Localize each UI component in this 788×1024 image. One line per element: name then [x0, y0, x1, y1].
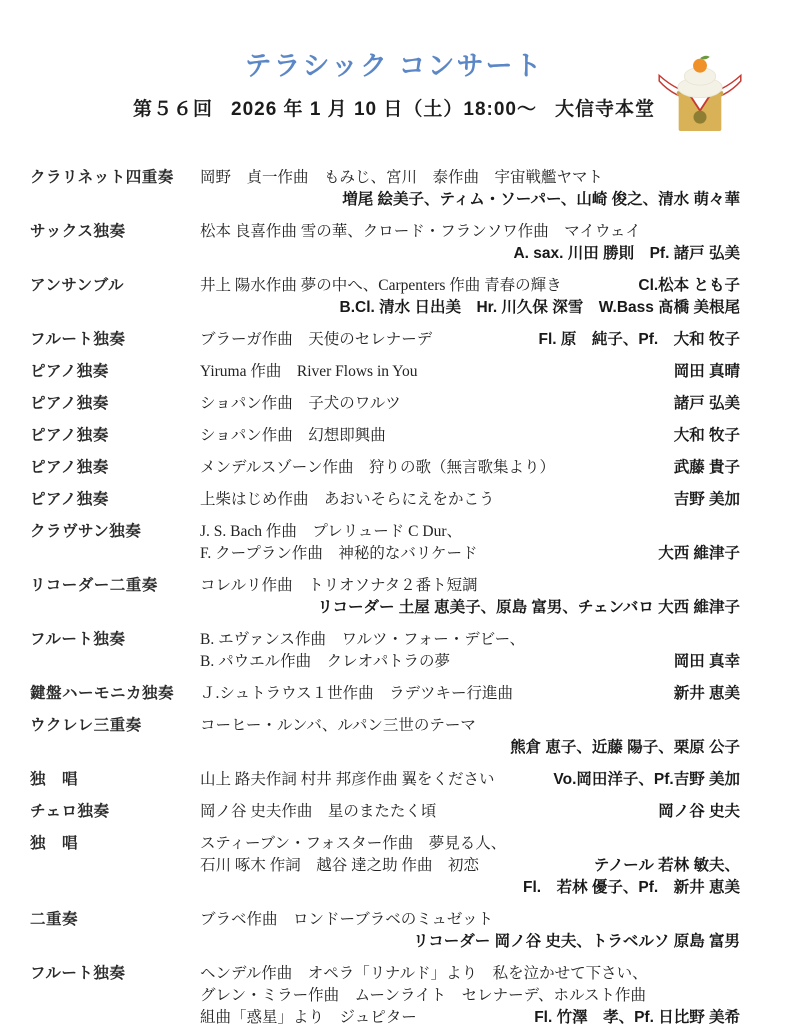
entry-category: 鍵盤ハーモニカ独奏 — [30, 683, 200, 705]
performers: Vo.岡田洋子、Pf.吉野 美加 — [545, 769, 740, 791]
program-entry: フルート独奏 ブラーガ作曲 天使のセレナーデFl. 原 純子、Pf. 大和 牧子 — [30, 329, 740, 351]
entry-lines: 岡ノ谷 史夫作曲 星のまたたく頃岡ノ谷 史夫 — [200, 801, 740, 823]
entry-lines: J. S. Bach 作曲 プレリュード C Dur、F. クープラン作曲 神秘… — [200, 521, 740, 565]
entry-lines: ショパン作曲 幻想即興曲大和 牧子 — [200, 425, 740, 447]
program-line: B. エヴァンス作曲 ワルツ・フォー・デビー、 — [200, 629, 740, 651]
performers: Fl. 原 純子、Pf. 大和 牧子 — [530, 329, 740, 351]
program-line: A. sax. 川田 勝則 Pf. 諸戸 弘美 — [200, 243, 740, 265]
program-line: ヘンデル作曲 オペラ「リナルド」より 私を泣かせて下さい、 — [200, 963, 740, 985]
program-entry: ピアノ独奏 Yiruma 作曲 River Flows in You岡田 真晴 — [30, 361, 740, 383]
song-info: ヘンデル作曲 オペラ「リナルド」より 私を泣かせて下さい、 — [200, 963, 648, 985]
entry-lines: ショパン作曲 子犬のワルツ諸戸 弘美 — [200, 393, 740, 415]
performers: リコーダー 土屋 恵美子、原島 富男、チェンバロ 大西 維津子 — [309, 597, 740, 619]
entry-category: ピアノ独奏 — [30, 425, 200, 447]
song-info: B. パウエル作曲 クレオパトラの夢 — [200, 651, 450, 673]
program-entry: ピアノ独奏 メンデルスゾーン作曲 狩りの歌（無言歌集より）武藤 貴子 — [30, 457, 740, 479]
program-entry: クラリネット四重奏 岡野 貞一作曲 もみじ、宮川 泰作曲 宇宙戦艦ヤマト増尾 絵… — [30, 167, 740, 211]
program-line: 岡ノ谷 史夫作曲 星のまたたく頃岡ノ谷 史夫 — [200, 801, 740, 823]
song-info: 岡野 貞一作曲 もみじ、宮川 泰作曲 宇宙戦艦ヤマト — [200, 167, 603, 189]
program-line: グレン・ミラー作曲 ムーンライト セレナーデ、ホルスト作曲 — [200, 985, 740, 1007]
program-entry: リコーダー二重奏 コレルリ作曲 トリオソナタ２番ト短調リコーダー 土屋 恵美子、… — [30, 575, 740, 619]
entry-lines: Yiruma 作曲 River Flows in You岡田 真晴 — [200, 361, 740, 383]
program-line: Fl. 若林 優子、Pf. 新井 恵美 — [200, 877, 740, 899]
entry-category: チェロ独奏 — [30, 801, 200, 823]
entry-category: 二重奏 — [30, 909, 200, 953]
program-line: 上柴はじめ作曲 あおいそらにえをかこう吉野 美加 — [200, 489, 740, 511]
performers: 岡田 真幸 — [666, 651, 740, 673]
performers: 吉野 美加 — [666, 489, 740, 511]
performers: Cl.松本 とも子 — [630, 275, 740, 297]
performers: 新井 恵美 — [666, 683, 740, 705]
performers: 諸戸 弘美 — [666, 393, 740, 415]
program-line: リコーダー 岡ノ谷 史夫、トラベルソ 原島 富男 — [200, 931, 740, 953]
entry-category: ピアノ独奏 — [30, 457, 200, 479]
program-entry: ピアノ独奏 ショパン作曲 幻想即興曲大和 牧子 — [30, 425, 740, 447]
song-info: F. クープラン作曲 神秘的なバリケード — [200, 543, 478, 565]
program-line: 増尾 絵美子、ティム・ソーパー、山崎 俊之、清水 萌々華 — [200, 189, 740, 211]
program-list: クラリネット四重奏 岡野 貞一作曲 もみじ、宮川 泰作曲 宇宙戦艦ヤマト増尾 絵… — [30, 167, 740, 1024]
song-info: ショパン作曲 幻想即興曲 — [200, 425, 386, 447]
program-line: 石川 啄木 作詞 越谷 達之助 作曲 初恋テノール 若林 敏夫、 — [200, 855, 740, 877]
entry-lines: ブラベ作曲 ロンドーブラベのミュゼットリコーダー 岡ノ谷 史夫、トラベルソ 原島… — [200, 909, 740, 953]
program-line: ブラベ作曲 ロンドーブラベのミュゼット — [200, 909, 740, 931]
entry-category: 独 唱 — [30, 769, 200, 791]
entry-lines: 井上 陽水作曲 夢の中へ、Carpenters 作曲 青春の輝きCl.松本 とも… — [200, 275, 740, 319]
song-info: 上柴はじめ作曲 あおいそらにえをかこう — [200, 489, 495, 511]
song-info: 松本 良喜作曲 雪の華、クロード・フランソワ作曲 マイウェイ — [200, 221, 641, 243]
entry-lines: 山上 路夫作詞 村井 邦彦作曲 翼をくださいVo.岡田洋子、Pf.吉野 美加 — [200, 769, 740, 791]
program-entry: アンサンブル 井上 陽水作曲 夢の中へ、Carpenters 作曲 青春の輝きC… — [30, 275, 740, 319]
program-line: スティーブン・フォスター作曲 夢見る人、 — [200, 833, 740, 855]
program-entry: チェロ独奏 岡ノ谷 史夫作曲 星のまたたく頃岡ノ谷 史夫 — [30, 801, 740, 823]
performers: 岡田 真晴 — [666, 361, 740, 383]
entry-category: アンサンブル — [30, 275, 200, 319]
entry-lines: 岡野 貞一作曲 もみじ、宮川 泰作曲 宇宙戦艦ヤマト増尾 絵美子、ティム・ソーパ… — [200, 167, 740, 211]
program-line: B. パウエル作曲 クレオパトラの夢岡田 真幸 — [200, 651, 740, 673]
entry-category: ピアノ独奏 — [30, 489, 200, 511]
song-info: 組曲「惑星」より ジュピター — [200, 1007, 417, 1024]
program-line: 熊倉 恵子、近藤 陽子、栗原 公子 — [200, 737, 740, 759]
entry-lines: B. エヴァンス作曲 ワルツ・フォー・デビー、B. パウエル作曲 クレオパトラの… — [200, 629, 740, 673]
program-entry: 独 唱 山上 路夫作詞 村井 邦彦作曲 翼をくださいVo.岡田洋子、Pf.吉野 … — [30, 769, 740, 791]
entry-lines: 松本 良喜作曲 雪の華、クロード・フランソワ作曲 マイウェイA. sax. 川田… — [200, 221, 740, 265]
program-line: コレルリ作曲 トリオソナタ２番ト短調 — [200, 575, 740, 597]
program-entry: 二重奏 ブラベ作曲 ロンドーブラベのミュゼットリコーダー 岡ノ谷 史夫、トラベル… — [30, 909, 740, 953]
program-line: リコーダー 土屋 恵美子、原島 富男、チェンバロ 大西 維津子 — [200, 597, 740, 619]
program-entry: 鍵盤ハーモニカ独奏 Ｊ.シュトラウス１世作曲 ラデツキー行進曲新井 恵美 — [30, 683, 740, 705]
program-line: 岡野 貞一作曲 もみじ、宮川 泰作曲 宇宙戦艦ヤマト — [200, 167, 740, 189]
song-info: 山上 路夫作詞 村井 邦彦作曲 翼をください — [200, 769, 495, 791]
program-line: 組曲「惑星」より ジュピターFl. 竹澤 孝、Pf. 日比野 美希 — [200, 1007, 740, 1024]
performers: リコーダー 岡ノ谷 史夫、トラベルソ 原島 富男 — [405, 931, 740, 953]
entry-category: 独 唱 — [30, 833, 200, 899]
song-info: グレン・ミラー作曲 ムーンライト セレナーデ、ホルスト作曲 — [200, 985, 646, 1007]
song-info: ショパン作曲 子犬のワルツ — [200, 393, 401, 415]
performers: 熊倉 恵子、近藤 陽子、栗原 公子 — [502, 737, 740, 759]
program-entry: ピアノ独奏 上柴はじめ作曲 あおいそらにえをかこう吉野 美加 — [30, 489, 740, 511]
program-entry: ウクレレ三重奏 コーヒー・ルンバ、ルパン三世のテーマ熊倉 恵子、近藤 陽子、栗原… — [30, 715, 740, 759]
program-line: B.Cl. 清水 日出美 Hr. 川久保 深雪 W.Bass 髙橋 美根尾 — [200, 297, 740, 319]
entry-category: ウクレレ三重奏 — [30, 715, 200, 759]
entry-lines: 上柴はじめ作曲 あおいそらにえをかこう吉野 美加 — [200, 489, 740, 511]
song-info: J. S. Bach 作曲 プレリュード C Dur、 — [200, 521, 462, 543]
program-line: F. クープラン作曲 神秘的なバリケード大西 維津子 — [200, 543, 740, 565]
entry-lines: コレルリ作曲 トリオソナタ２番ト短調リコーダー 土屋 恵美子、原島 富男、チェン… — [200, 575, 740, 619]
program-entry: クラヴサン独奏 J. S. Bach 作曲 プレリュード C Dur、F. クー… — [30, 521, 740, 565]
program-entry: サックス独奏 松本 良喜作曲 雪の華、クロード・フランソワ作曲 マイウェイA. … — [30, 221, 740, 265]
song-info: B. エヴァンス作曲 ワルツ・フォー・デビー、 — [200, 629, 525, 651]
performers: 増尾 絵美子、ティム・ソーパー、山崎 俊之、清水 萌々華 — [334, 189, 740, 211]
entry-lines: スティーブン・フォスター作曲 夢見る人、石川 啄木 作詞 越谷 達之助 作曲 初… — [200, 833, 740, 899]
program-line: 松本 良喜作曲 雪の華、クロード・フランソワ作曲 マイウェイ — [200, 221, 740, 243]
program-line: Ｊ.シュトラウス１世作曲 ラデツキー行進曲新井 恵美 — [200, 683, 740, 705]
entry-lines: コーヒー・ルンバ、ルパン三世のテーマ熊倉 恵子、近藤 陽子、栗原 公子 — [200, 715, 740, 759]
entry-lines: Ｊ.シュトラウス１世作曲 ラデツキー行進曲新井 恵美 — [200, 683, 740, 705]
program-line: J. S. Bach 作曲 プレリュード C Dur、 — [200, 521, 740, 543]
entry-category: フルート独奏 — [30, 963, 200, 1024]
song-info: ブラーガ作曲 天使のセレナーデ — [200, 329, 432, 351]
entry-category: クラヴサン独奏 — [30, 521, 200, 565]
edition-label: 第５６回 — [133, 94, 213, 121]
entry-lines: ブラーガ作曲 天使のセレナーデFl. 原 純子、Pf. 大和 牧子 — [200, 329, 740, 351]
entry-category: フルート独奏 — [30, 629, 200, 673]
program-entry: ピアノ独奏 ショパン作曲 子犬のワルツ諸戸 弘美 — [30, 393, 740, 415]
program-line: コーヒー・ルンバ、ルパン三世のテーマ — [200, 715, 740, 737]
program-line: ショパン作曲 子犬のワルツ諸戸 弘美 — [200, 393, 740, 415]
song-info: 石川 啄木 作詞 越谷 達之助 作曲 初恋 — [200, 855, 479, 877]
concert-program-page: テラシック コンサート 第５６回 2026 年 1 月 10 日（土）18:00… — [0, 0, 788, 1024]
entry-lines: ヘンデル作曲 オペラ「リナルド」より 私を泣かせて下さい、グレン・ミラー作曲 ム… — [200, 963, 740, 1024]
song-info: Yiruma 作曲 River Flows in You — [200, 361, 417, 383]
kagami-mochi-icon — [652, 42, 748, 144]
program-line: 井上 陽水作曲 夢の中へ、Carpenters 作曲 青春の輝きCl.松本 とも… — [200, 275, 740, 297]
song-info: 岡ノ谷 史夫作曲 星のまたたく頃 — [200, 801, 436, 823]
performers: Fl. 若林 優子、Pf. 新井 恵美 — [515, 877, 740, 899]
program-line: ブラーガ作曲 天使のセレナーデFl. 原 純子、Pf. 大和 牧子 — [200, 329, 740, 351]
performers: 大和 牧子 — [666, 425, 740, 447]
program-line: 山上 路夫作詞 村井 邦彦作曲 翼をくださいVo.岡田洋子、Pf.吉野 美加 — [200, 769, 740, 791]
song-info: 井上 陽水作曲 夢の中へ、Carpenters 作曲 青春の輝き — [200, 275, 562, 297]
entry-category: ピアノ独奏 — [30, 361, 200, 383]
song-info: スティーブン・フォスター作曲 夢見る人、 — [200, 833, 506, 855]
program-entry: 独 唱 スティーブン・フォスター作曲 夢見る人、石川 啄木 作詞 越谷 達之助 … — [30, 833, 740, 899]
program-entry: フルート独奏 ヘンデル作曲 オペラ「リナルド」より 私を泣かせて下さい、グレン・… — [30, 963, 740, 1024]
performers: A. sax. 川田 勝則 Pf. 諸戸 弘美 — [505, 243, 740, 265]
song-info: ブラベ作曲 ロンドーブラベのミュゼット — [200, 909, 493, 931]
program-entry: フルート独奏 B. エヴァンス作曲 ワルツ・フォー・デビー、B. パウエル作曲 … — [30, 629, 740, 673]
program-line: ショパン作曲 幻想即興曲大和 牧子 — [200, 425, 740, 447]
performers: テノール 若林 敏夫、 — [586, 855, 740, 877]
performers: 岡ノ谷 史夫 — [650, 801, 740, 823]
entry-lines: メンデルスゾーン作曲 狩りの歌（無言歌集より）武藤 貴子 — [200, 457, 740, 479]
song-info: Ｊ.シュトラウス１世作曲 ラデツキー行進曲 — [200, 683, 513, 705]
entry-category: フルート独奏 — [30, 329, 200, 351]
song-info: コーヒー・ルンバ、ルパン三世のテーマ — [200, 715, 476, 737]
song-info: コレルリ作曲 トリオソナタ２番ト短調 — [200, 575, 478, 597]
entry-category: ピアノ独奏 — [30, 393, 200, 415]
performers: B.Cl. 清水 日出美 Hr. 川久保 深雪 W.Bass 髙橋 美根尾 — [332, 297, 740, 319]
program-line: Yiruma 作曲 River Flows in You岡田 真晴 — [200, 361, 740, 383]
entry-category: サックス独奏 — [30, 221, 200, 265]
program-line: メンデルスゾーン作曲 狩りの歌（無言歌集より）武藤 貴子 — [200, 457, 740, 479]
entry-category: リコーダー二重奏 — [30, 575, 200, 619]
entry-category: クラリネット四重奏 — [30, 167, 200, 211]
datetime-label: 2026 年 1 月 10 日（土）18:00～ — [231, 94, 537, 121]
venue-label: 大信寺本堂 — [555, 94, 655, 121]
performers: 武藤 貴子 — [666, 457, 740, 479]
performers: 大西 維津子 — [650, 543, 740, 565]
performers: Fl. 竹澤 孝、Pf. 日比野 美希 — [526, 1007, 740, 1024]
song-info: メンデルスゾーン作曲 狩りの歌（無言歌集より） — [200, 457, 555, 479]
